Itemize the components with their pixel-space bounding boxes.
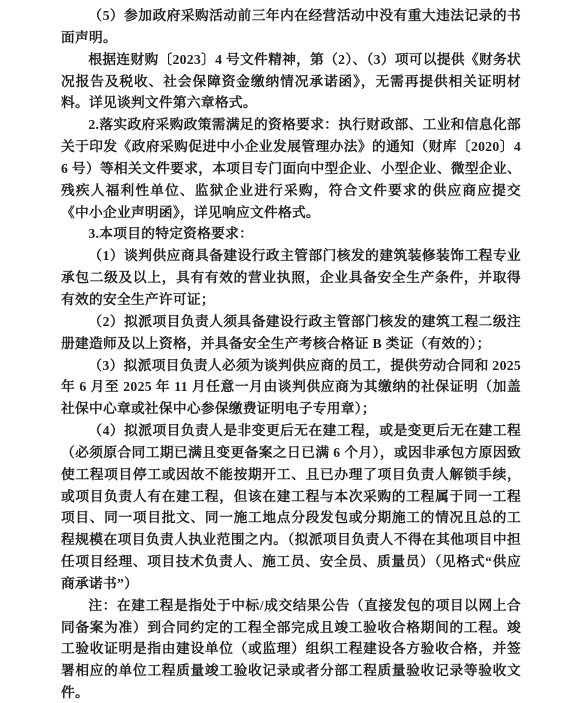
- paragraph-note-ongoing-project-definition: 注：在建工程是指处于中标/成交结果公告（直接发包的项目以网上合同备案为准）到合同…: [61, 595, 521, 703]
- paragraph-3-4-no-ongoing-project-requirement: （4）拟派项目负责人是非变更后无在建工程，或是变更后无在建工程（必须原合同工期已…: [61, 420, 521, 595]
- paragraph-3-specific-qualification-heading: 3.本项目的特定资格要求：: [61, 223, 521, 245]
- paragraph-item5-no-major-violation-declaration: （5）参加政府采购活动前三年内在经营活动中没有重大违法记录的书面声明。: [61, 5, 521, 49]
- paragraph-3-2-project-manager-certificates: （2）拟派项目负责人须具备建设行政主管部门核发的建筑工程二级注册建造师及以上资格…: [61, 311, 521, 355]
- paragraph-liancaigou-2023-4-note: 根据连财购〔2023〕4 号文件精神，第（2）、（3）项可以提供《财务状况报告及…: [61, 49, 521, 115]
- document-page: （5）参加政府采购活动前三年内在经营活动中没有重大违法记录的书面声明。 根据连财…: [61, 5, 521, 703]
- paragraph-3-3-labor-contract-social-insurance: （3）拟派项目负责人必须为谈判供应商的员工，提供劳动合同和 2025 年 6 月…: [61, 355, 521, 421]
- paragraph-2-policy-qualification-requirements: 2.落实政府采购政策需满足的资格要求：执行财政部、工业和信息化部关于印发《政府采…: [61, 114, 521, 223]
- paragraph-3-1-contractor-qualification: （1）谈判供应商具备建设行政主管部门核发的建筑装修装饰工程专业承包二级及以上，具…: [61, 245, 521, 311]
